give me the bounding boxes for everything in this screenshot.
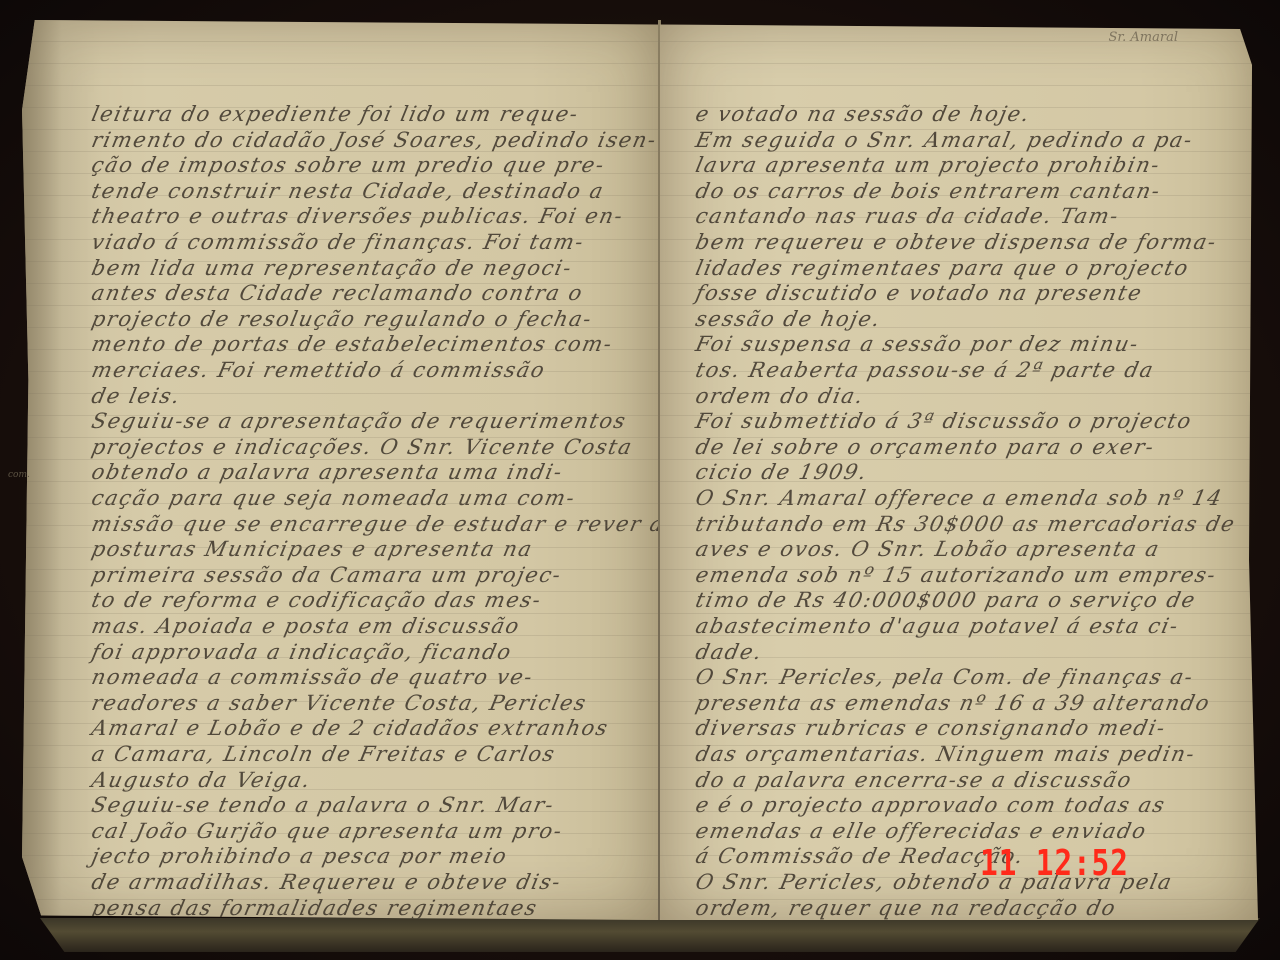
handwritten-line: cal João Gurjão que apresenta um pro- — [89, 819, 565, 843]
handwritten-line: jecto prohibindo a pesca por meio — [89, 844, 509, 868]
handwritten-line: Foi suspensa a sessão por dez minu- — [693, 332, 1141, 356]
handwritten-line: rimento do cidadão José Soares, pedindo … — [89, 128, 659, 152]
handwritten-line: e votado na sessão de hoje. — [693, 102, 1032, 126]
handwritten-line: projecto de resolução regulando o fecha- — [89, 307, 594, 331]
handwritten-line: mas. Apoiada e posta em discussão — [89, 614, 522, 638]
handwritten-line: das orçamentarias. Ninguem mais pedin- — [693, 742, 1197, 766]
handwritten-line: timo de Rs 40:000$000 para o serviço de — [693, 588, 1198, 612]
handwritten-line: dade. — [693, 640, 765, 664]
handwritten-line: tributando em Rs 30$000 as mercadorias d… — [693, 512, 1238, 536]
handwritten-line: ordem, requer que na redacção do — [693, 896, 1118, 920]
left-page: leitura do expediente foi lido um reque-… — [22, 20, 658, 920]
handwritten-line: O Snr. Amaral offerece a emenda sob nº 1… — [693, 486, 1225, 510]
handwritten-line: missão que se encarregue de estudar e re… — [89, 512, 679, 536]
handwritten-line: de leis. — [89, 384, 183, 408]
margin-annotation: com. — [8, 470, 30, 480]
handwritten-line: presenta as emendas nº 16 a 39 alterando — [693, 691, 1212, 715]
page-header-note: Sr. Amaral — [1108, 30, 1178, 45]
handwritten-line: cação para que seja nomeada uma com- — [89, 486, 577, 510]
handwritten-line: Augusto da Veiga. — [89, 768, 313, 792]
handwritten-line: de lei sobre o orçamento para o exer- — [693, 435, 1157, 459]
handwritten-line: bem lida uma representação de negoci- — [89, 256, 574, 280]
handwritten-line: emendas a elle offerecidas e enviado — [693, 819, 1149, 843]
handwritten-line: á Commissão de Redacção. — [693, 844, 1026, 868]
handwritten-line: fosse discutido e votado na presente — [693, 281, 1144, 305]
handwritten-line: cicio de 1909. — [693, 460, 869, 484]
handwritten-line: antes desta Cidade reclamando contra o — [89, 281, 585, 305]
handwritten-line: cantando nas ruas da cidade. Tam- — [693, 204, 1121, 228]
handwritten-line: ção de impostos sobre um predio que pre- — [89, 153, 607, 177]
handwritten-line: merciaes. Foi remettido á commissão — [89, 358, 548, 382]
handwritten-line: de armadilhas. Requereu e obteve dis- — [89, 870, 563, 894]
handwritten-line: Foi submettido á 3ª discussão o projecto — [693, 409, 1194, 433]
handwritten-line: ordem do dia. — [693, 384, 866, 408]
handwritten-line: emenda sob nº 15 autorizando um empres- — [693, 563, 1218, 587]
handwritten-line: tos. Reaberta passou-se á 2ª parte da — [693, 358, 1156, 382]
handwritten-line: leitura do expediente foi lido um reque- — [89, 102, 581, 126]
handwritten-line: do os carros de bois entrarem cantan- — [693, 179, 1163, 203]
handwritten-line: obtendo a palavra apresenta uma indi- — [89, 460, 565, 484]
handwritten-line: sessão de hoje. — [693, 307, 883, 331]
handwritten-line: pensa das formalidades regimentaes — [89, 896, 540, 920]
handwritten-line: readores a saber Vicente Costa, Pericles — [89, 691, 589, 715]
handwritten-line: projectos e indicações. O Snr. Vicente C… — [89, 435, 635, 459]
handwritten-line: lidades regimentaes para que o projecto — [693, 256, 1191, 280]
handwritten-line: aves e ovos. O Snr. Lobão apresenta a — [693, 537, 1162, 561]
handwritten-line: theatro e outras diversões publicas. Foi… — [89, 204, 625, 228]
handwritten-line: lavra apresenta um projecto prohibin- — [693, 153, 1162, 177]
handwritten-line: tende construir nesta Cidade, destinado … — [89, 179, 606, 203]
handwritten-line: posturas Municipaes e apresenta na — [89, 537, 535, 561]
handwritten-line: Seguiu-se a apresentação de requerimento… — [89, 409, 629, 433]
handwritten-line: mento de portas de estabelecimentos com- — [89, 332, 615, 356]
handwritten-line: a Camara, Lincoln de Freitas e Carlos — [89, 742, 558, 766]
handwritten-line: viado á commissão de finanças. Foi tam- — [89, 230, 586, 254]
handwritten-line: primeira sessão da Camara um projec- — [89, 563, 564, 587]
handwritten-line: Amaral e Lobão e de 2 cidadãos extranhos — [89, 716, 611, 740]
handwritten-line: e é o projecto approvado com todas as — [693, 793, 1167, 817]
handwritten-line: O Snr. Pericles, pela Com. de finanças a… — [693, 665, 1196, 689]
handwritten-line: to de reforma e codificação das mes- — [89, 588, 544, 612]
handwritten-line: Seguiu-se tendo a palavra o Snr. Mar- — [89, 793, 556, 817]
camera-timestamp: 11 12:52 — [980, 843, 1129, 884]
book-cover-edge — [40, 918, 1260, 952]
handwritten-line: nomeada a commissão de quatro ve- — [89, 665, 535, 689]
handwritten-line: diversas rubricas e consignando medi- — [693, 716, 1168, 740]
handwritten-line: bem requereu e obteve dispensa de forma- — [693, 230, 1219, 254]
handwritten-line: do a palavra encerra-se a discussão — [693, 768, 1134, 792]
handwritten-line: Em seguida o Snr. Amaral, pedindo a pa- — [693, 128, 1195, 152]
right-page: Sr. Amaral e votado na sessão de hoje.Em… — [660, 20, 1258, 920]
handwritten-line: foi approvada a indicação, ficando — [89, 640, 514, 664]
handwritten-line: abastecimento d'agua potavel á esta ci- — [693, 614, 1181, 638]
